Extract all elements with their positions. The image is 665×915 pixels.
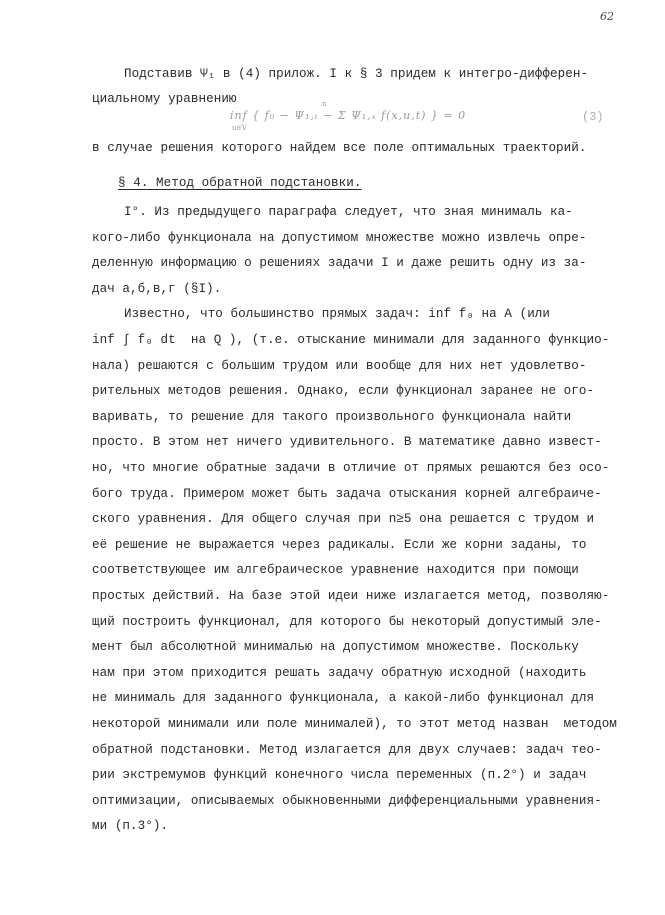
text-line-2: циальному уравнению (92, 91, 237, 107)
body-line: щий построить функционал, для которого б… (92, 614, 602, 630)
body-line: ми (п.3°). (92, 818, 168, 834)
body-line: её решение не выражается через радикалы.… (92, 537, 587, 553)
formula-superscript: n (322, 100, 327, 108)
body-line: соответствующее им алгебраическое уравне… (92, 562, 579, 578)
body-line: не минималь для заданного функционала, а… (92, 690, 594, 706)
body-line: рительных методов решения. Однако, если … (92, 383, 594, 399)
body-line: деленную информацию о решениях задачи I … (92, 255, 587, 271)
body-line: рии экстремумов функций конечного числа … (92, 767, 587, 783)
body-line: бого труда. Примером может быть задача о… (92, 486, 602, 502)
equation-number: (3) (582, 110, 604, 124)
body-line: но, что многие обратные задачи в отличие… (92, 460, 609, 476)
body-line: просто. В этом нет ничего удивительного.… (92, 434, 602, 450)
body-line: оптимизации, описываемых обыкновенными д… (92, 793, 602, 809)
body-line: Известно, что большинство прямых задач: … (124, 306, 550, 322)
body-line: некоторой минимали или поле минималей), … (92, 716, 617, 732)
body-line: дач а,б,в,г (§I). (92, 281, 221, 297)
body-line: варивать, то решение для такого произвол… (92, 409, 571, 425)
body-line: обратной подстановки. Метод излагается д… (92, 742, 602, 758)
body-line: мент был абсолютной минималью на допусти… (92, 639, 579, 655)
body-line: I°. Из предыдущего параграфа следует, чт… (124, 204, 573, 220)
formula-body: inf { f₀ − Ψ₁,ₜ − Σ Ψ₁,ₓ f(x,u,t) } = 0 (230, 109, 466, 122)
body-line: кого-либо функционала на допустимом множ… (92, 230, 587, 246)
body-line: inf ∫ f₀ dt на Q ), (т.е. отыскание мини… (92, 332, 609, 348)
formula-subscript: u∈V (232, 124, 247, 132)
section-heading: § 4. Метод обратной подстановки. (118, 175, 361, 191)
text-line-3: в случае решения которого найдем все пол… (92, 140, 587, 156)
body-line: простых действий. На базе этой идеи ниже… (92, 588, 609, 604)
body-line: ского уравнения. Для общего случая при n… (92, 511, 594, 527)
page-number: 62 (600, 10, 614, 23)
body-line: нала) решаются с большим трудом или вооб… (92, 358, 587, 374)
body-line: нам при этом приходится решать задачу об… (92, 665, 587, 681)
text-line-1: Подставив Ψ₁ в (4) прилож. I к § 3 приде… (124, 66, 588, 82)
